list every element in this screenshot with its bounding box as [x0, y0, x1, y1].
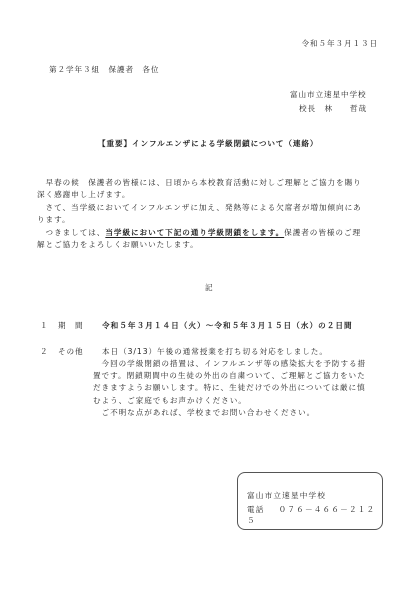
emphasis-text: 当学級において下記の通り学級閉鎖をします。	[105, 228, 284, 237]
item-2-number: ２	[40, 346, 49, 358]
phone-number: ０７６－４６６－２１２５	[247, 505, 375, 525]
body-text-prefix: つきましては、	[37, 228, 105, 237]
item-2-text: 今回の学級閉鎖の措置は、インフルエンザ等の感染拡大を予防する措	[93, 358, 420, 370]
item-2-text: 置です。閉鎖期間中の生徒の外出の自粛ついて、ご理解とご協力をいた	[93, 370, 420, 382]
body-line: 深く感謝申し上げます。	[37, 189, 392, 201]
item-2-text: むよう、ご家庭でもお声かけください。	[93, 395, 420, 407]
item-2-line-1: 本日（3/13）午後の通常授業を打ち切る対応をしました。	[102, 346, 420, 358]
item-1-number: １	[40, 320, 49, 332]
body-line: 早春の候 保護者の皆様には、日頃から本校教育活動に対しご理解とご協力を賜り	[37, 177, 392, 189]
body-line: さて、当学級においてインフルエンザに加え、発熱等による欠席者が増加傾向にあ	[37, 202, 392, 214]
ki-heading: 記	[205, 282, 214, 294]
body-text-suffix: 保護者の皆様のご理	[284, 228, 361, 237]
item-2-body: 今回の学級閉鎖の措置は、インフルエンザ等の感染拡大を予防する措 置です。閉鎖期間…	[93, 358, 420, 419]
sender-school: 富山市立速星中学校	[290, 89, 366, 101]
document-title: 【重要】インフルエンザによる学級閉鎖について（連絡）	[98, 138, 318, 150]
body-line: つきましては、当学級において下記の通り学級閉鎖をします。保護者の皆様のご理	[37, 227, 392, 239]
contact-box: 富山市立速星中学校 電話０７６－４６６－２１２５	[237, 472, 383, 530]
contact-school: 富山市立速星中学校	[247, 490, 326, 501]
item-2-text: だきますようお願いします。特に、生徒だけでの外出については厳に慎	[93, 382, 420, 394]
addressee: 第２学年３組 保護者 各位	[49, 64, 159, 76]
body-text: 早春の候 保護者の皆様には、日頃から本校教育活動に対しご理解とご協力を賜り 深く…	[37, 177, 392, 251]
body-line: 解とご協力をよろしくお願いいたします。	[37, 239, 392, 251]
phone-label: 電話	[247, 505, 265, 514]
item-2-text: 本日（3/13）午後の通常授業を打ち切る対応をしました。	[102, 346, 420, 358]
item-2-label: その他	[58, 346, 83, 358]
document-date: 令和５年３月１３日	[302, 38, 378, 50]
contact-phone: 電話０７６－４６６－２１２５	[247, 504, 382, 526]
item-1-label: 期 間	[58, 320, 83, 332]
body-line: ります。	[37, 214, 392, 226]
item-2-text: ご不明な点があれば、学校までお問い合わせください。	[93, 407, 420, 419]
closure-period: 令和５年３月１４日（火）～令和５年３月１５日（水）の２日間	[102, 320, 353, 332]
sender-principal: 校長 林 哲哉	[299, 103, 367, 115]
